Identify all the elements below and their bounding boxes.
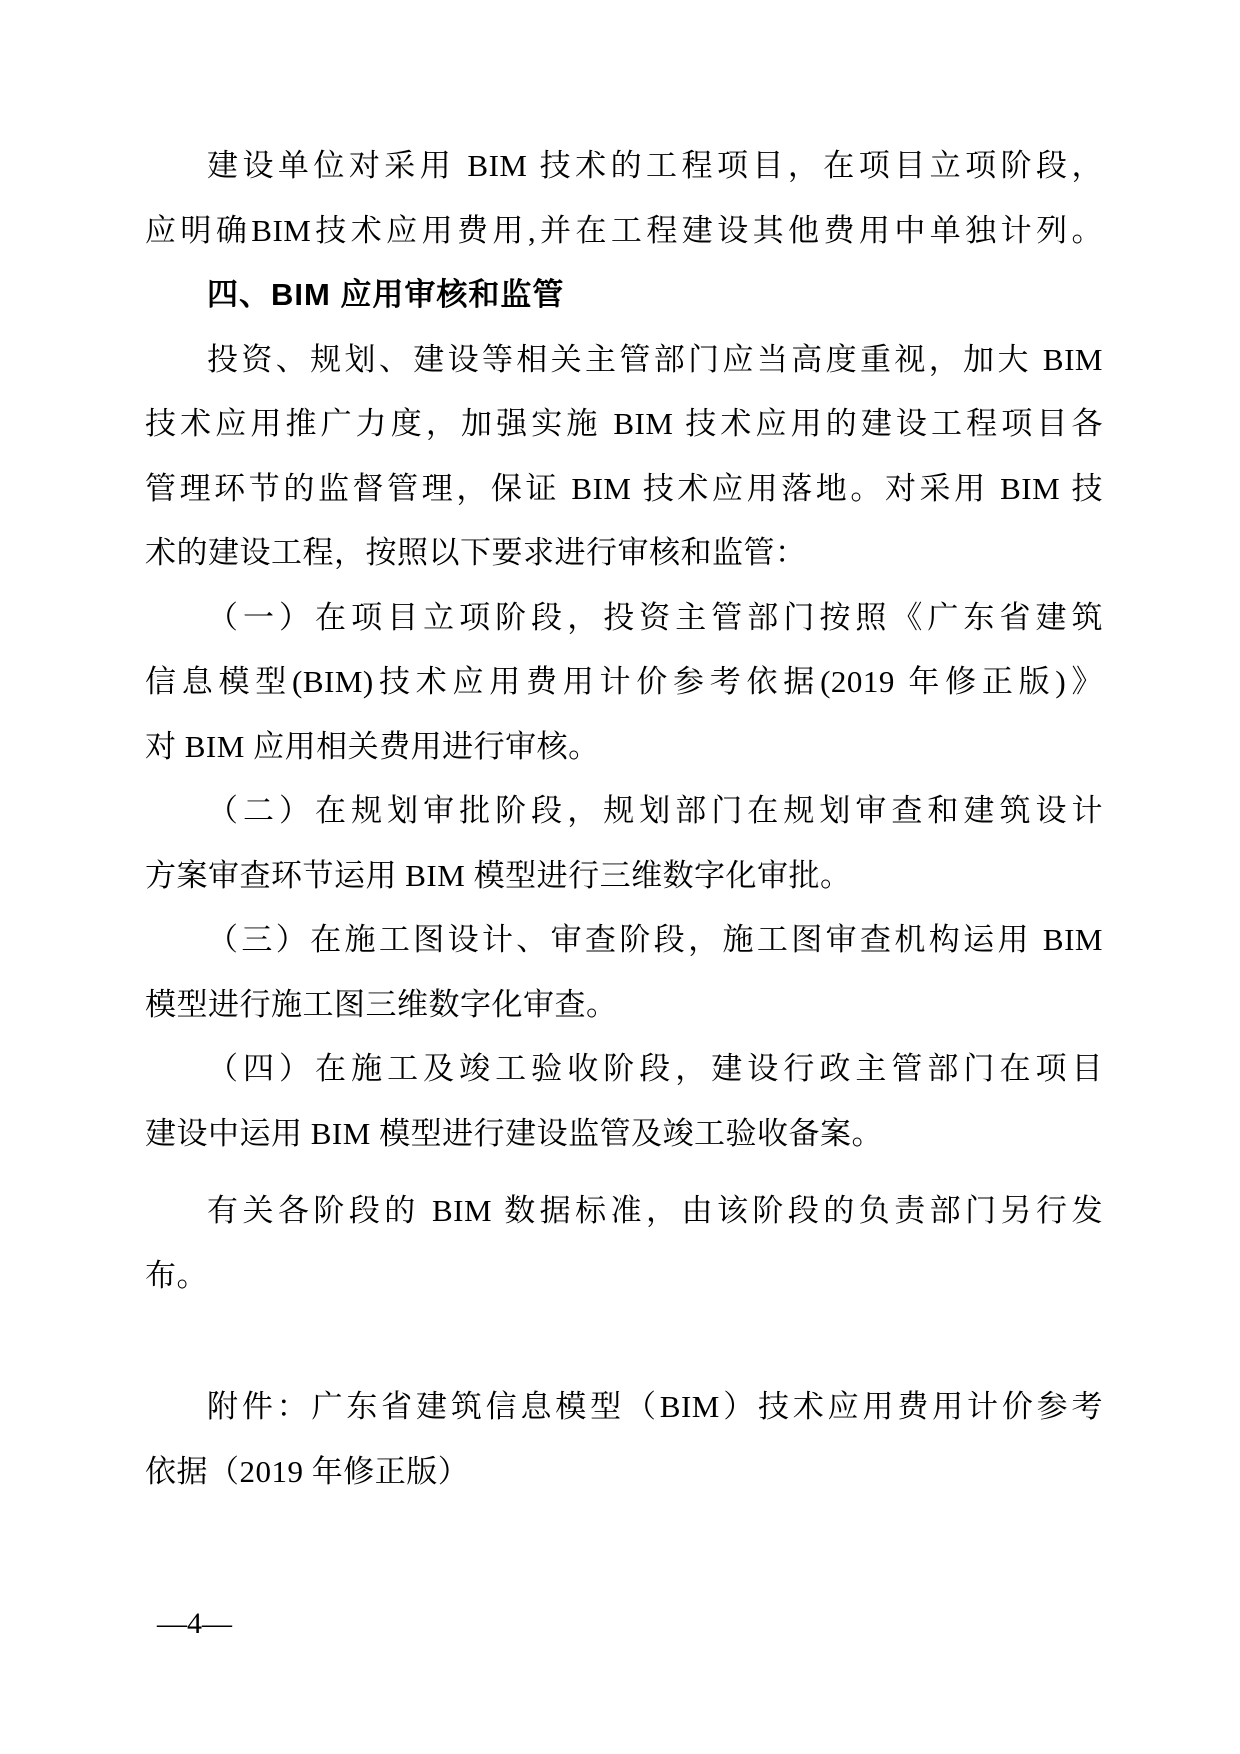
text-line: 术的建设工程，按照以下要求进行审核和监管： xyxy=(145,521,1103,586)
text-line: （一）在项目立项阶段，投资主管部门按照《广东省建筑 xyxy=(145,586,1103,651)
text-line: 依据（2019 年修正版） xyxy=(145,1440,1103,1505)
text-line: 附件：广东省建筑信息模型（BIM）技术应用费用计价参考 xyxy=(145,1375,1103,1440)
text-line: 建设中运用 BIM 模型进行建设监管及竣工验收备案。 xyxy=(145,1102,1103,1167)
text-line: 对 BIM 应用相关费用进行审核。 xyxy=(145,715,1103,780)
text-line: 应明确BIM技术应用费用,并在工程建设其他费用中单独计列。 xyxy=(145,199,1103,264)
text-line: 信息模型(BIM)技术应用费用计价参考依据(2019 年修正版)》 xyxy=(145,650,1103,715)
text-line: 模型进行施工图三维数字化审查。 xyxy=(145,973,1103,1038)
section-heading: 四、BIM 应用审核和监管 xyxy=(145,263,1103,328)
page-footer: —4— xyxy=(157,1597,232,1651)
text-line: 方案审查环节运用 BIM 模型进行三维数字化审批。 xyxy=(145,844,1103,909)
text-line: （二）在规划审批阶段，规划部门在规划审查和建筑设计 xyxy=(145,779,1103,844)
text-line: （四）在施工及竣工验收阶段，建设行政主管部门在项目 xyxy=(145,1037,1103,1102)
text-line: 建设单位对采用 BIM 技术的工程项目，在项目立项阶段， xyxy=(145,134,1103,199)
text-line: 管理环节的监督管理，保证 BIM 技术应用落地。对采用 BIM 技 xyxy=(145,457,1103,522)
document-page: 建设单位对采用 BIM 技术的工程项目，在项目立项阶段，应明确BIM技术应用费用… xyxy=(0,0,1240,1754)
text-line: （三）在施工图设计、审查阶段，施工图审查机构运用 BIM xyxy=(145,908,1103,973)
text-line: 技术应用推广力度，加强实施 BIM 技术应用的建设工程项目各 xyxy=(145,392,1103,457)
text-line: 投资、规划、建设等相关主管部门应当高度重视，加大 BIM xyxy=(145,328,1103,393)
document-body: 建设单位对采用 BIM 技术的工程项目，在项目立项阶段，应明确BIM技术应用费用… xyxy=(145,134,1103,1504)
text-line: 布。 xyxy=(145,1244,1103,1309)
text-line: 有关各阶段的 BIM 数据标准，由该阶段的负责部门另行发 xyxy=(145,1179,1103,1244)
page-number: —4— xyxy=(157,1607,232,1640)
